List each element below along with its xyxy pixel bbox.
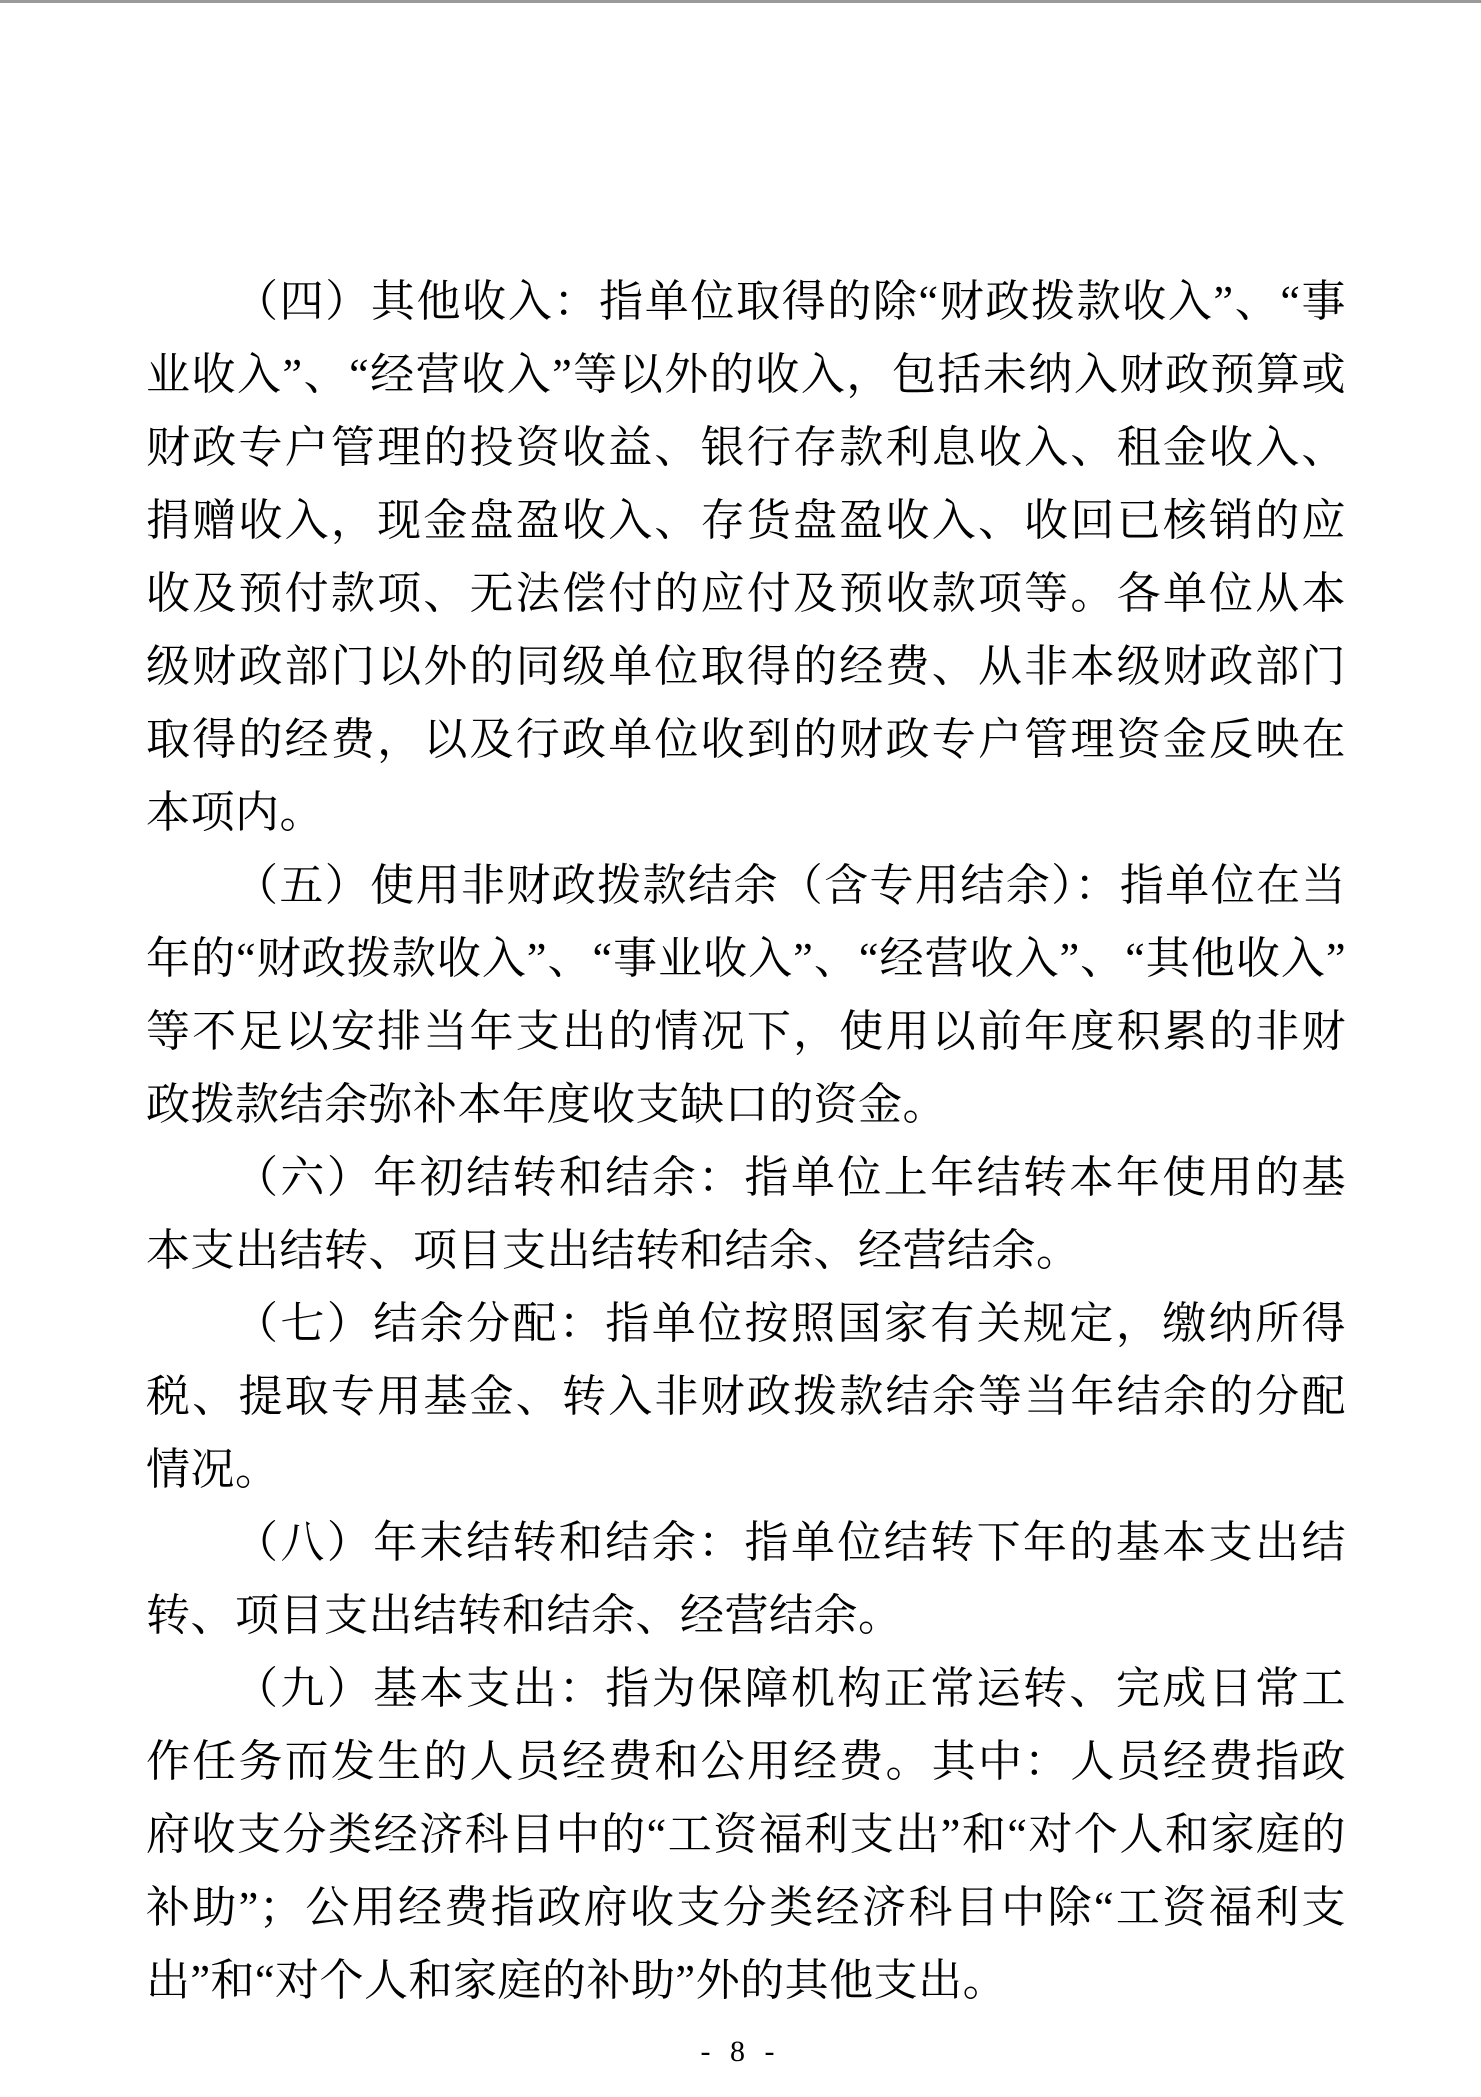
page-number: - 8 - (701, 2035, 781, 2068)
page-footer: - 8 - (0, 2035, 1481, 2069)
paragraph-beginning-year-carryover: （六）年初结转和结余：指单位上年结转本年使用的基本支出结转、项目支出结转和结余、… (146, 1141, 1346, 1287)
document-page: （四）其他收入：指单位取得的除“财政拨款收入”、“事业收入”、“经营收入”等以外… (0, 0, 1481, 2097)
paragraph-basic-expenditure: （九）基本支出：指为保障机构正常运转、完成日常工作任务而发生的人员经费和公用经费… (146, 1652, 1346, 2017)
paragraph-surplus-distribution: （七）结余分配：指单位按照国家有关规定，缴纳所得税、提取专用基金、转入非财政拨款… (146, 1287, 1346, 1506)
paragraph-other-income: （四）其他收入：指单位取得的除“财政拨款收入”、“事业收入”、“经营收入”等以外… (146, 265, 1346, 849)
paragraph-year-end-carryover: （八）年末结转和结余：指单位结转下年的基本支出结转、项目支出结转和结余、经营结余… (146, 1506, 1346, 1652)
document-body: （四）其他收入：指单位取得的除“财政拨款收入”、“事业收入”、“经营收入”等以外… (146, 265, 1346, 2017)
paragraph-use-of-non-fiscal-carryover: （五）使用非财政拨款结余（含专用结余）：指单位在当年的“财政拨款收入”、“事业收… (146, 849, 1346, 1141)
